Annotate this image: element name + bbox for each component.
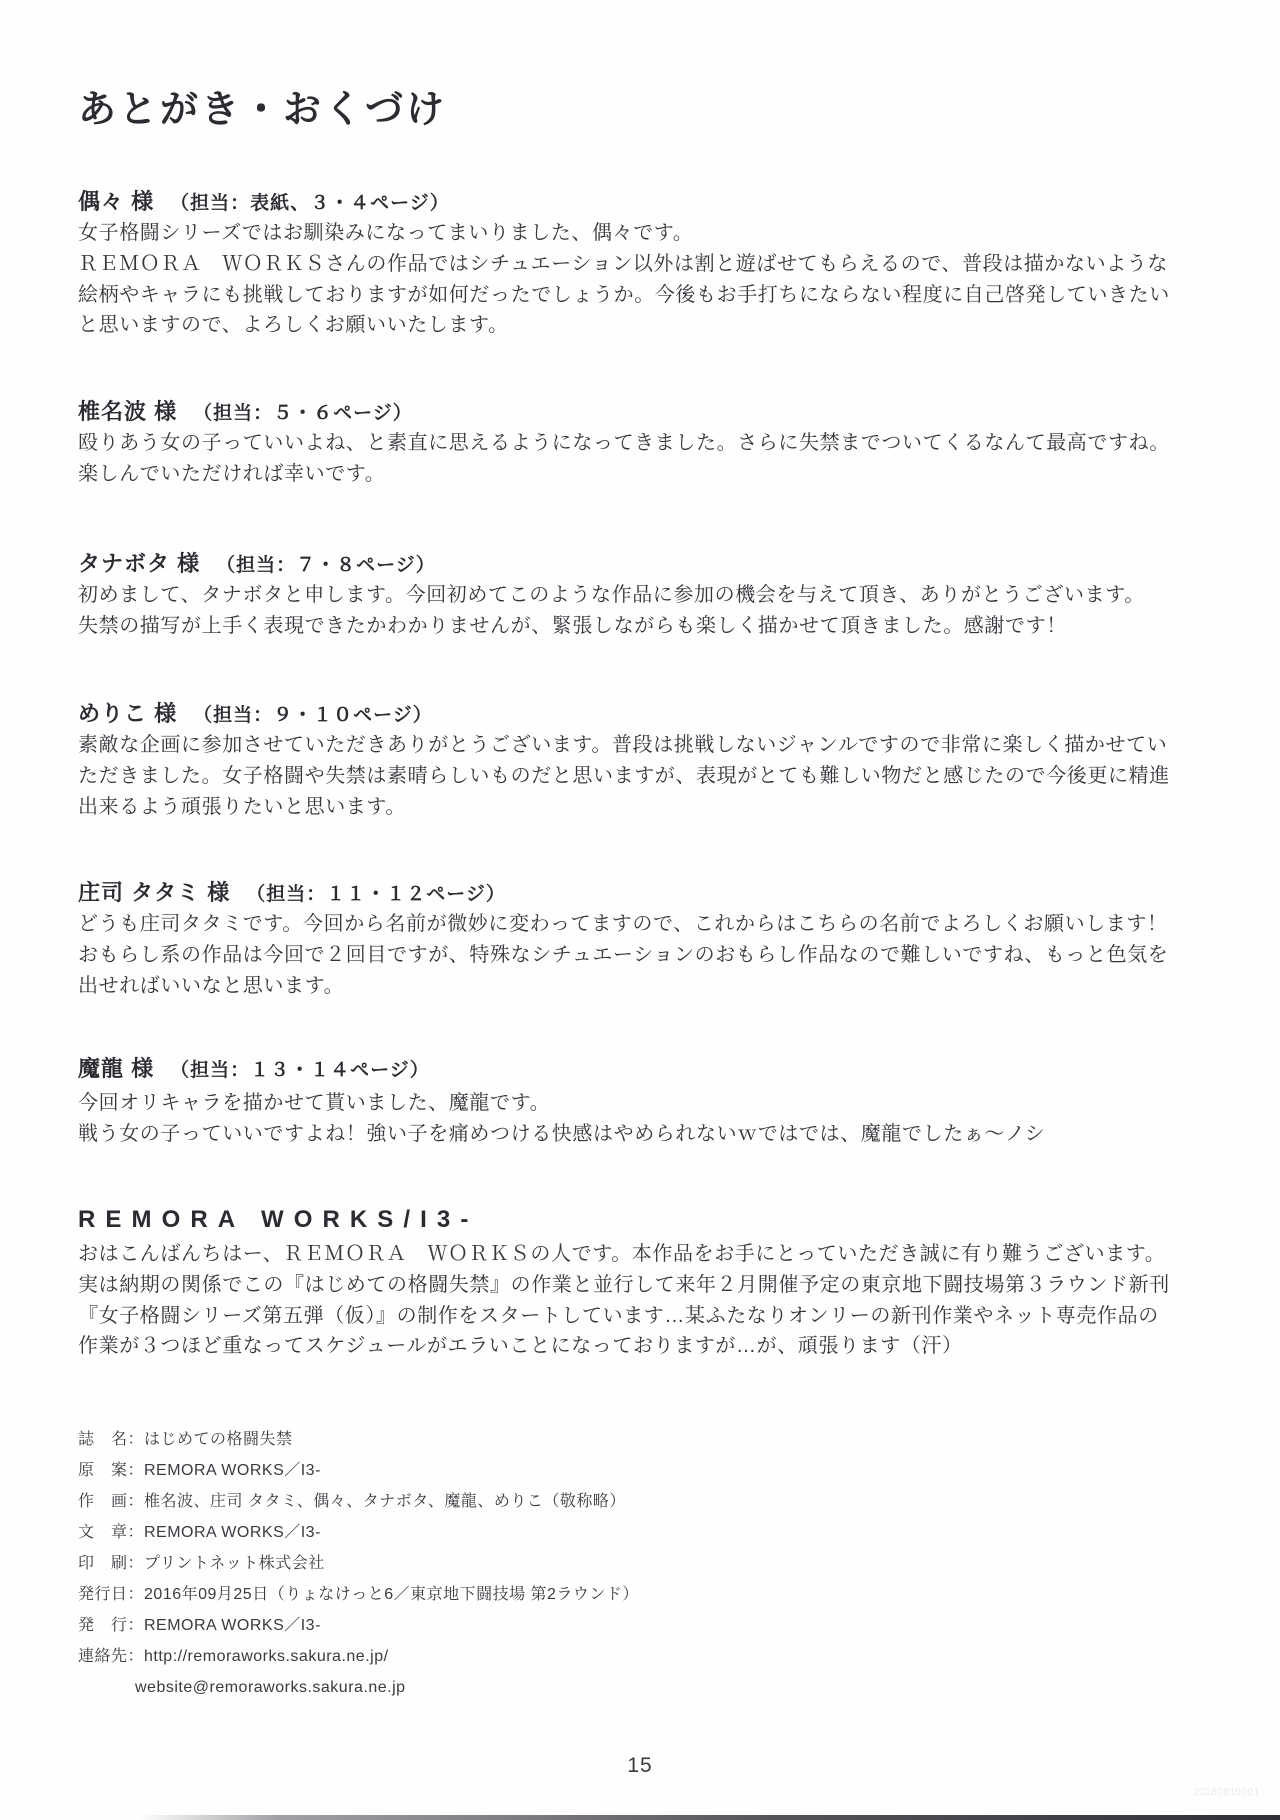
afterword-line: 出来るよう頑張りたいと思います。 <box>78 792 1225 823</box>
contributor-name: タナボタ 様 <box>78 551 200 576</box>
colophon-line-publisher: 発 行：REMORA WORKS／I3- <box>78 1610 639 1641</box>
afterword-line: 楽しんでいただければ幸いです。 <box>78 459 1225 490</box>
contributor-name: 庄司 タタミ 様 <box>78 880 230 905</box>
colophon-line-original: 原 案：REMORA WORKS／I3- <box>78 1455 639 1486</box>
contributor-name: めりこ 様 <box>78 701 177 726</box>
contributor-header: 庄司 タタミ 様（担当：１１・１２ページ） <box>78 876 1225 909</box>
colophon-line-contact-email: website@remoraworks.sakura.ne.jp <box>78 1672 639 1703</box>
scan-edge-artifact <box>140 1815 1280 1820</box>
afterword-line: 素敵な企画に参加させていただきありがとうございます。普段は挑戦しないジャンルです… <box>78 730 1225 761</box>
scanned-page: あとがき・おくづけ 偶々 様（担当：表紙、３・４ページ） 女子格闘シリーズではお… <box>0 0 1280 1820</box>
contributor-charge: （担当：５・６ページ） <box>193 403 413 424</box>
contributor-name: 偶々 様 <box>78 189 154 214</box>
contributor-section-remora-works: REMORA WORKS/I3- おはこんばんちはー、ＲＥＭＯＲＡ ＷＯＲＫＳの… <box>78 1206 1225 1362</box>
contributor-charge: （担当：１３・１４ページ） <box>170 1060 430 1081</box>
afterword-line: 今回オリキャラを描かせて貰いました、魔龍です。 <box>78 1088 1225 1119</box>
contributor-name: 椎名波 様 <box>78 399 177 424</box>
afterword-line: 失禁の描写が上手く表現できたかわかりませんが、緊張しながらも楽しく描かせて頂きま… <box>78 611 1225 642</box>
afterword-line: 作業が３つほど重なってスケジュールがエラいことになっておりますが…が、頑張ります… <box>78 1331 1225 1362</box>
afterword-line: ただきました。女子格闘や失禁は素晴らしいものだと思いますが、表現がとても難しい物… <box>78 761 1225 792</box>
afterword-line: 絵柄やキャラにも挑戦しておりますが如何だったでしょうか。今後もお手打ちにならない… <box>78 280 1225 311</box>
colophon-line-publish-date: 発行日：2016年09月25日（りょなけっと6／東京地下闘技場 第2ラウンド） <box>78 1579 639 1610</box>
contributor-header: 偶々 様（担当：表紙、３・４ページ） <box>78 185 1225 218</box>
watermark: 20180919001 <box>1193 1787 1260 1798</box>
afterword-line: 戦う女の子っていいですよね！強い子を痛めつける快感はやめられないｗではでは、魔龍… <box>78 1119 1225 1150</box>
afterword-line: 実は納期の関係でこの『はじめての格闘失禁』の作業と並行して来年２月開催予定の東京… <box>78 1270 1225 1301</box>
contributor-header: 魔龍 様（担当：１３・１４ページ） <box>78 1052 1225 1088</box>
colophon-line-title: 誌 名：はじめての格闘失禁 <box>78 1424 639 1455</box>
colophon-line-contact-url: 連絡先：http://remoraworks.sakura.ne.jp/ <box>78 1641 639 1672</box>
afterword-line: と思いますので、よろしくお願いいたします。 <box>78 310 1225 341</box>
afterword-line: 出せればいいなと思います。 <box>78 971 1225 1002</box>
afterword-line: 『女子格闘シリーズ第五弾（仮）』の制作をスタートしています…某ふたなりオンリーの… <box>78 1301 1225 1332</box>
contributor-header: めりこ 様（担当：９・１０ページ） <box>78 697 1225 730</box>
contributor-charge: （担当：７・８ページ） <box>216 555 436 576</box>
contributor-section-shiinami: 椎名波 様（担当：５・６ページ） 殴りあう女の子っていいよね、と素直に思えるよう… <box>78 395 1225 490</box>
afterword-line: 殴りあう女の子っていいよね、と素直に思えるようになってきました。さらに失禁までつ… <box>78 428 1225 459</box>
contributor-name: 魔龍 様 <box>78 1056 154 1081</box>
afterword-line: どうも庄司タタミです。今回から名前が微妙に変わってますので、これからはこちらの名… <box>78 909 1225 940</box>
contributor-charge: （担当：表紙、３・４ページ） <box>170 193 450 214</box>
contributor-name: REMORA WORKS/I3- <box>78 1206 478 1233</box>
colophon-line-artists: 作 画：椎名波、庄司 タタミ、偶々、タナボタ、魔龍、めりこ（敬称略） <box>78 1486 639 1517</box>
afterword-line: 初めまして、タナボタと申します。今回初めてこのような作品に参加の機会を与えて頂き… <box>78 580 1225 611</box>
afterword-line: 女子格闘シリーズではお馴染みになってまいりました、偶々です。 <box>78 218 1225 249</box>
contributor-section-meriko: めりこ 様（担当：９・１０ページ） 素敵な企画に参加させていただきありがとうござ… <box>78 697 1225 822</box>
contributor-header: 椎名波 様（担当：５・６ページ） <box>78 395 1225 428</box>
contributor-charge: （担当：１１・１２ページ） <box>246 884 506 905</box>
contributor-section-shouji-tatami: 庄司 タタミ 様（担当：１１・１２ページ） どうも庄司タタミです。今回から名前が… <box>78 876 1225 1001</box>
page-title: あとがき・おくづけ <box>78 78 447 133</box>
colophon-line-text: 文 章：REMORA WORKS／I3- <box>78 1517 639 1548</box>
afterword-line: おもらし系の作品は今回で２回目ですが、特殊なシチュエーションのおもらし作品なので… <box>78 940 1225 971</box>
contributor-section-tanabota: タナボタ 様（担当：７・８ページ） 初めまして、タナボタと申します。今回初めてこ… <box>78 547 1225 642</box>
contributor-header: REMORA WORKS/I3- <box>78 1206 1225 1239</box>
contributor-section-maryuu: 魔龍 様（担当：１３・１４ページ） 今回オリキャラを描かせて貰いました、魔龍です… <box>78 1052 1225 1150</box>
contributor-section-guuguu: 偶々 様（担当：表紙、３・４ページ） 女子格闘シリーズではお馴染みになってまいり… <box>78 185 1225 341</box>
afterword-line: ＲＥＭＯＲＡ ＷＯＲＫＳさんの作品ではシチュエーション以外は割と遊ばせてもらえる… <box>78 249 1225 280</box>
contributor-charge: （担当：９・１０ページ） <box>193 705 433 726</box>
page-number: 15 <box>0 1754 1280 1778</box>
colophon: 誌 名：はじめての格闘失禁 原 案：REMORA WORKS／I3- 作 画：椎… <box>78 1424 639 1703</box>
colophon-line-printer: 印 刷：プリントネット株式会社 <box>78 1548 639 1579</box>
afterword-line: おはこんばんちはー、ＲＥＭＯＲＡ ＷＯＲＫＳの人です。本作品をお手にとっていただ… <box>78 1239 1225 1270</box>
contributor-header: タナボタ 様（担当：７・８ページ） <box>78 547 1225 580</box>
